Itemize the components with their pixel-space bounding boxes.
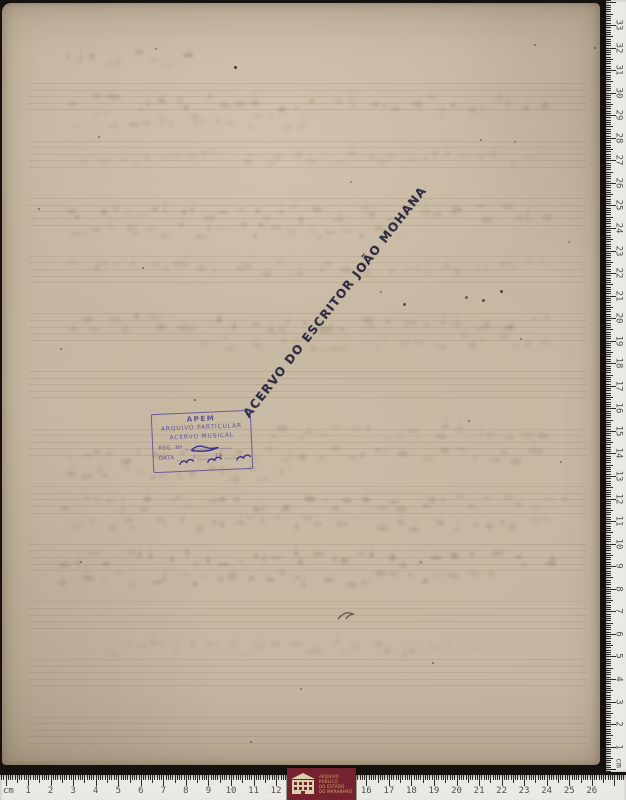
ruler-tick [606,54,611,55]
ruler-number: 12 [271,786,282,796]
ruler-tick [238,775,239,780]
ruler-tick [213,775,214,780]
ruler-tick [606,248,611,249]
ruler-number: 31 [613,64,625,77]
ruler-tick [606,237,611,238]
ruler-tick [606,5,611,6]
ruler-tick [606,487,613,488]
ruler-tick [606,59,613,60]
ruler-tick [443,775,444,780]
ruler-tick [606,717,611,718]
ruler-tick [606,43,611,44]
ruler-tick [606,381,611,382]
ruler-tick [606,742,611,743]
ruler-tick [89,775,90,780]
ruler-tick [606,140,611,141]
ruler-tick [240,775,241,780]
ruler-tick [606,84,611,85]
ruler-tick [606,582,611,583]
ruler-tick [606,424,611,425]
ruler-tick [606,323,611,324]
logo-line: DO MARANHÃO [319,789,352,794]
ruler-tick [51,775,52,786]
ruler-tick [495,775,496,780]
ruler-tick [418,775,419,780]
ruler-tick [606,593,611,594]
ruler-number: 3 [613,695,625,708]
ruler-tick [254,775,255,786]
ruler-number: 1 [25,786,30,796]
foxing-speck [432,662,434,664]
ruler-tick [606,512,611,513]
ruler-tick [66,775,67,780]
ruler-tick [606,726,611,727]
ruler-tick [606,546,611,547]
ruler-tick [606,338,611,339]
ruler-tick [606,359,611,360]
ruler-tick [606,97,611,98]
ruler-tick [87,775,88,780]
ruler-tick [606,185,611,186]
ruler-tick [360,775,361,780]
ruler-tick [606,260,611,261]
ruler-tick [468,775,469,783]
ruler-tick [606,108,611,109]
foxing-speck [38,208,40,210]
ruler-tick [606,481,611,482]
ruler-tick [606,23,611,24]
ruler-tick [606,79,611,80]
ruler-tick [606,397,613,398]
ruler-tick [606,485,611,486]
ruler-tick [617,775,618,780]
ruler-tick [606,420,613,421]
ruler-tick [606,16,611,17]
ruler-tick [565,775,566,780]
archive-logo-text: ARQUIVO PÚBLICO DO ESTADO DO MARANHÃO [319,774,352,794]
ruler-tick [606,503,611,504]
ruler-tick [606,406,611,407]
ruler-tick [606,280,611,281]
ruler-number: 11 [248,786,259,796]
ruler-tick [233,775,234,780]
ruler-tick [606,596,611,597]
ruler-tick [274,775,275,780]
ruler-tick [549,775,550,780]
ruler-tick [606,309,611,310]
ruler-tick [606,462,611,463]
ruler-tick [98,775,99,780]
ruler-tick [606,575,611,576]
ruler-number: 10 [226,786,237,796]
manuscript-page: ACERVO DO ESCRITOR JOÃO MOHANA APEM ARQU… [2,3,600,765]
ruler-tick [606,469,611,470]
ruler-tick [409,775,410,780]
ruler-tick [531,775,532,780]
ruler-tick [145,775,146,780]
foxing-speck [80,561,82,563]
ruler-number: 23 [613,244,625,257]
ruler-tick [148,775,149,780]
ruler-number: 8 [183,786,188,796]
foxing-speck [403,303,406,306]
ruler-tick [127,775,128,780]
ruler-tick [606,52,611,53]
ruler-number: 29 [613,109,625,122]
ruler-tick [606,720,611,721]
accession-stamp: APEM ARQUIVO PARTICULAR ACERVO MUSICAL R… [151,410,253,473]
ruler-tick [606,27,611,28]
ruler-tick [606,235,611,236]
ruler-tick [583,775,584,780]
ruler-tick [606,413,611,414]
ruler-tick [529,775,530,780]
ruler-tick [606,113,611,114]
ruler-tick [606,530,611,531]
ruler-tick [118,775,119,786]
ruler-tick [481,775,482,780]
ruler-tick [605,775,606,780]
ruler-tick [606,66,611,67]
ruler-tick [375,775,376,780]
ruler-tick [606,368,611,369]
ruler-tick [606,645,613,646]
ruler-tick [606,665,611,666]
ruler-tick [606,641,611,642]
ruler-tick [606,402,611,403]
ruler-tick [366,775,367,786]
ruler-tick [161,775,162,780]
ruler-number: 3 [70,786,75,796]
ruler-tick [454,775,455,780]
ruler-tick [606,422,611,423]
ruler-tick [606,190,611,191]
ruler-tick [389,775,390,786]
ruler-tick [606,239,613,240]
ruler-tick [606,681,611,682]
foxing-speck [60,348,62,350]
ruler-tick [159,775,160,780]
ruler-tick [606,426,611,427]
ruler-tick [6,775,7,786]
ruler-tick [606,550,611,551]
ruler-tick [606,706,611,707]
ruler-tick [606,370,611,371]
ruler-tick [606,196,611,197]
ruler-tick [606,467,611,468]
ruler-tick [606,692,611,693]
ruler-tick [606,77,611,78]
ruler-tick [423,775,424,783]
ruler-tick [520,775,521,780]
ruler-tick [533,775,534,780]
ruler-tick [606,255,611,256]
ruler-number: 6 [138,786,143,796]
ruler-tick [606,562,611,563]
ruler-tick [369,775,370,780]
ruler-tick [486,775,487,780]
foxing-speck [594,47,596,49]
ruler-tick [382,775,383,780]
ruler-tick [590,775,591,780]
ruler-tick [84,775,85,783]
ruler-tick [606,86,611,87]
ruler-tick [606,208,611,209]
ruler-tick [606,654,611,655]
ruler-tick [447,775,448,780]
ruler-number: 26 [613,176,625,189]
ruler-unit-label: cm [3,786,14,796]
foxing-speck [142,267,144,269]
ruler-tick [606,158,611,159]
ruler-tick [606,57,611,58]
ruler-tick [606,232,611,233]
ruler-tick [567,775,568,780]
ruler-tick [596,775,597,780]
ruler-tick [452,775,453,780]
ruler-tick [606,287,611,288]
ruler-tick [606,460,611,461]
ruler-number: 10 [613,537,625,550]
ruler-tick [606,178,611,179]
ruler-tick [215,775,216,780]
ruler-tick [606,722,611,723]
ruler-tick [606,555,613,556]
ruler-tick [547,775,548,786]
ruler-tick [477,775,478,780]
ruler-tick [594,775,595,780]
ruler-number: 6 [613,627,625,640]
ruler-tick [606,677,611,678]
ruler-tick [606,269,611,270]
ruler-tick [1,775,2,780]
ruler-tick [606,695,611,696]
ruler-tick [606,438,611,439]
ruler-tick [606,756,611,757]
ruler-tick [603,775,604,783]
ruler-number: 33 [613,19,625,32]
ruler-tick [606,623,613,624]
ruler-tick [606,553,611,554]
ruler-tick [606,532,613,533]
ruler-tick [606,90,611,91]
ruler-tick [606,456,611,457]
ruler-tick [60,775,61,780]
ruler-tick [606,670,611,671]
ruler-tick [606,767,611,768]
ruler-tick [606,176,611,177]
foxing-speck [568,241,570,243]
ruler-tick [606,442,613,443]
archive-logo: ARQUIVO PÚBLICO DO ESTADO DO MARANHÃO [287,768,356,800]
ruler-tick [606,740,611,741]
ruler-tick [606,474,611,475]
ruler-tick [606,156,611,157]
ruler-tick [513,775,514,783]
ruler-number: 20 [613,312,625,325]
ruler-tick [111,775,112,780]
ruler-tick [606,713,613,714]
ruler-tick [606,257,611,258]
ruler-tick [606,478,611,479]
ruler-tick [402,775,403,780]
ruler-tick [606,36,613,37]
ruler-tick [121,775,122,780]
ruler-tick [499,775,500,780]
ruler-tick [587,775,588,780]
ruler-number: 24 [541,786,552,796]
ruler-tick [606,708,611,709]
ruler-number: 30 [613,86,625,99]
foxing-speck [380,291,382,293]
ruler-tick [606,81,613,82]
ruler-tick [242,775,243,783]
ruler-tick [606,289,611,290]
ruler-tick [623,775,624,780]
ruler-tick [35,775,36,780]
ruler-tick [484,775,485,780]
ruler-tick [558,775,559,783]
ruler-tick [278,775,279,780]
ruler-number: 2 [613,718,625,731]
ruler-tick [436,775,437,780]
ruler-number: 9 [613,560,625,573]
ruler-tick [396,775,397,780]
ruler-tick [578,775,579,780]
ruler-tick [73,775,74,786]
ruler-tick [393,775,394,780]
ruler-tick [553,775,554,780]
ruler-tick [606,117,611,118]
ruler-tick [186,775,187,786]
ruler-tick [606,508,611,509]
ruler-tick [526,775,527,780]
ruler-tick [606,241,611,242]
ruler-tick [606,501,611,502]
ruler-tick [606,210,611,211]
ruler-tick [606,735,613,736]
ruler-tick [606,415,611,416]
ruler-tick [606,638,611,639]
ruler-tick [606,384,611,385]
ruler-tick [143,775,144,780]
ruler-tick [441,775,442,780]
ruler-tick [606,20,611,21]
ruler-number: 27 [613,154,625,167]
ruler-tick [493,775,494,780]
ruler-number: 19 [613,334,625,347]
ruler-tick [136,775,137,780]
ruler-tick [606,305,611,306]
ruler-tick [614,775,615,786]
ruler-tick [606,230,611,231]
scan-background: ACERVO DO ESCRITOR JOÃO MOHANA APEM ARQU… [0,0,626,800]
ruler-tick [378,775,379,783]
ruler-tick [154,775,155,780]
ruler-tick [606,451,611,452]
ruler-tick [62,775,63,783]
ruler-tick [540,775,541,780]
ruler-tick [606,661,611,662]
ruler-tick [522,775,523,780]
ruler-tick [93,775,94,780]
ruler-tick [574,775,575,780]
ruler-tick [606,264,611,265]
ruler-tick [168,775,169,780]
ruler-tick [226,775,227,780]
ruler-tick [606,683,611,684]
ruler-tick [19,775,20,780]
ruler-tick [114,775,115,780]
ruler-tick [30,775,31,780]
ruler-tick [276,775,277,786]
ruler-tick [572,775,573,780]
ruler-tick [177,775,178,780]
ruler-number: 8 [613,582,625,595]
ruler-tick [606,417,611,418]
ruler-tick [606,366,611,367]
ruler-tick [606,361,611,362]
ruler-tick [357,775,358,780]
foxing-speck [520,338,522,340]
ruler-tick [606,68,611,69]
ruler-tick [606,602,611,603]
ruler-tick [606,223,611,224]
ruler-tick [272,775,273,780]
ruler-tick [606,39,611,40]
ruler-tick [585,775,586,780]
ruler-tick [606,307,613,308]
ruler-tick [535,775,536,783]
ruler-tick [606,133,611,134]
ruler-tick [190,775,191,780]
ruler-tick [606,711,611,712]
ruler-tick [606,327,611,328]
ruler-tick [606,203,611,204]
ruler-tick [606,278,611,279]
ruler-tick [387,775,388,780]
ruler-tick [202,775,203,780]
ruler-tick [606,557,611,558]
ruler-tick [606,163,611,164]
ruler-tick [606,266,611,267]
ruler-tick [606,390,611,391]
ruler-tick [78,775,79,780]
ruler-tick [606,564,611,565]
ruler-number: 17 [613,379,625,392]
ruler-tick [619,775,620,780]
ruler-tick [26,775,27,780]
foxing-speck [468,420,470,422]
foxing-speck [234,66,237,69]
ruler-tick [606,388,611,389]
ruler-tick [599,775,600,780]
ruler-tick [606,345,611,346]
ruler-tick [606,647,611,648]
ruler-tick [576,775,577,780]
ruler-tick [606,34,611,35]
ruler-tick [606,625,611,626]
ruler-tick [414,775,415,780]
ruler-tick [472,775,473,780]
ruler-tick [362,775,363,780]
ruler-tick [247,775,248,780]
ruler-tick [229,775,230,780]
ruler-tick [267,775,268,780]
ruler-tick [606,14,613,15]
ruler-tick [488,775,489,780]
ruler-tick [170,775,171,780]
